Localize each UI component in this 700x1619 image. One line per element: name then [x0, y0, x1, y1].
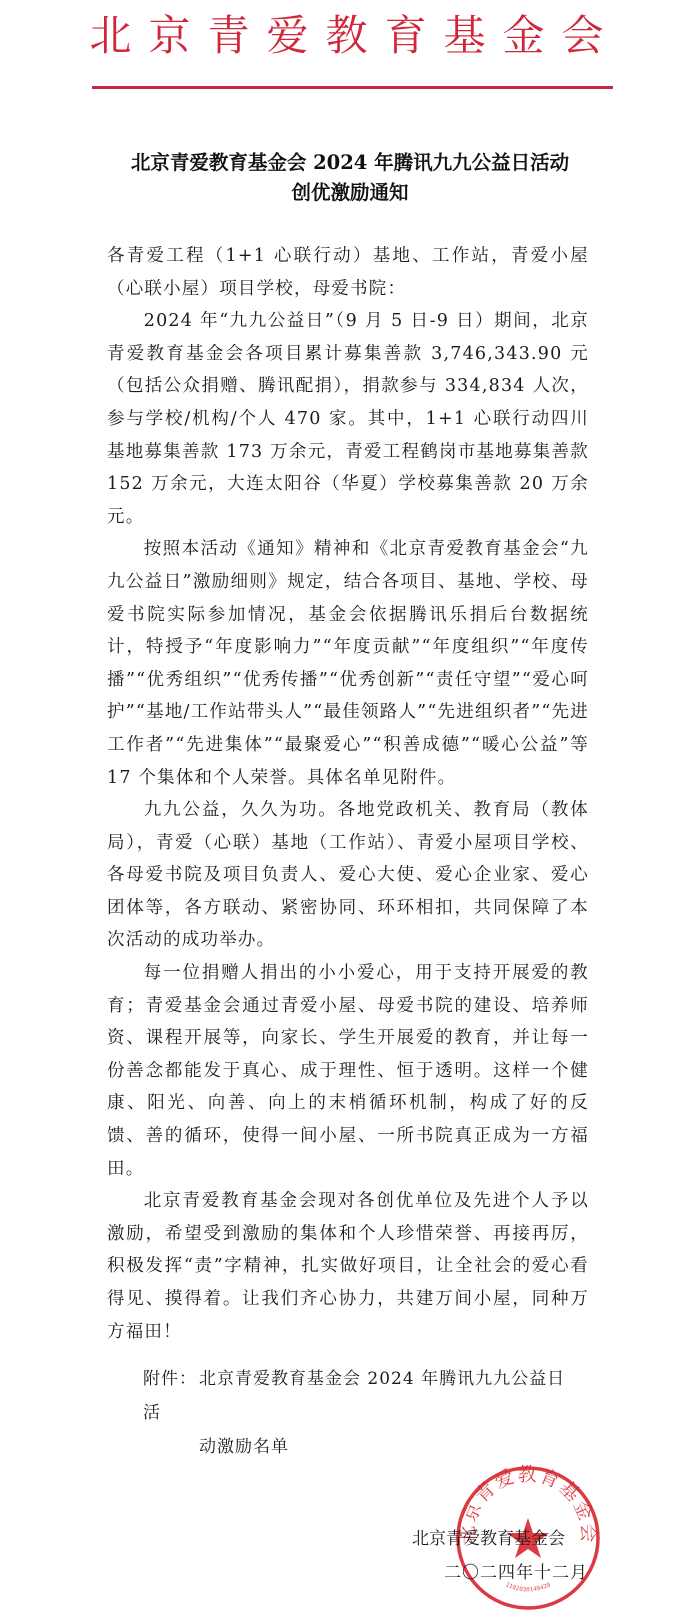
- paragraph-thanks: 九九公益，久久为功。各地党政机关、教育局（教体局），青爱（心联）基地（工作站）、…: [107, 794, 589, 957]
- salutation: 各青爱工程（1+1 心联行动）基地、工作站，青爱小屋（心联小屋）项目学校，母爱书…: [107, 240, 589, 305]
- letterhead-divider: [92, 86, 613, 89]
- paragraph-closing: 北京青爱教育基金会现对各创优单位及先进个人予以激励，希望受到激励的集体和个人珍惜…: [107, 1185, 589, 1348]
- paragraph-fundraising-summary: 2024 年“九九公益日”（9 月 5 日-9 日）期间，北京青爱教育基金会各项…: [107, 305, 589, 533]
- document-title: 北京青爱教育基金会 2024 年腾讯九九公益日活动 创优激励通知: [0, 148, 700, 208]
- letterhead-org-name: 北京青爱教育基金会: [0, 6, 700, 66]
- paragraph-awards: 按照本活动《通知》精神和《北京青爱教育基金会“九九公益日”激励细则》规定，结合各…: [107, 533, 589, 794]
- title-line-2: 创优激励通知: [0, 178, 700, 208]
- attachment-note: 附件：北京青爱教育基金会 2024 年腾讯九九公益日活 动激励名单: [143, 1362, 583, 1464]
- title-line-1: 北京青爱教育基金会 2024 年腾讯九九公益日活动: [0, 148, 700, 178]
- signature-date: 二〇二四年十二月: [412, 1556, 588, 1590]
- attachment-title-line-1: 北京青爱教育基金会 2024 年腾讯九九公益日活: [143, 1369, 565, 1423]
- document-body: 各青爱工程（1+1 心联行动）基地、工作站，青爱小屋（心联小屋）项目学校，母爱书…: [107, 240, 589, 1348]
- attachment-title-line-2: 动激励名单: [143, 1430, 583, 1464]
- paragraph-mission: 每一位捐赠人捐出的小小爱心，用于支持开展爱的教育；青爱基金会通过青爱小屋、母爱书…: [107, 957, 589, 1185]
- signature-org: 北京青爱教育基金会: [412, 1522, 588, 1556]
- attachment-label: 附件：: [143, 1362, 199, 1396]
- signature-block: 北京青爱教育基金会 二〇二四年十二月: [412, 1522, 588, 1590]
